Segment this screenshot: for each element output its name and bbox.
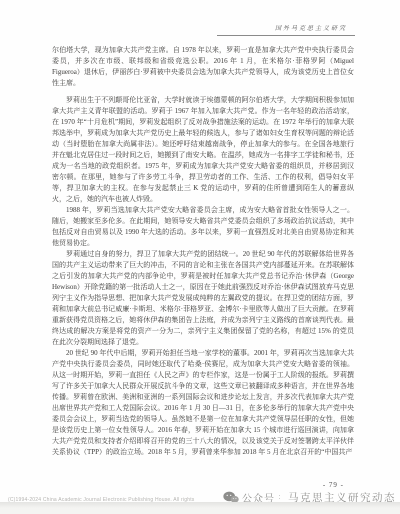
running-head: 国外马克思主义研究 [275,23,347,32]
paragraph: 1988 年，罗莉当选加拿大共产党安大略省委员会主席，成为安大略省首批女性领导人… [52,205,354,249]
paragraph: 罗莉通过自身的努力，捍卫了加拿大共产党的团结统一。20 世纪 90 年代的苏联解… [52,249,354,348]
journal-page: 国外马克思主义研究 尔伯塔大学，现为加拿大共产党主席。自 1978 年以来，罗莉… [0,0,400,508]
article-body: 尔伯塔大学，现为加拿大共产党主席。自 1978 年以来，罗莉一直是加拿大共产党中… [52,45,354,458]
scan-edge [0,502,400,508]
watermark-separator: ： [278,492,285,502]
header-rule [217,35,355,36]
paragraph: 20 世纪 90 年代中后期，罗莉开始担任当地一家学校的董事。2001 年，罗莉… [52,348,354,458]
paragraph: 罗莉出生于不列颠哥伦比亚省，大学时就读于埃德蒙顿的阿尔伯塔大学，大学期间积极参加… [52,95,354,205]
paragraph-continuation: 尔伯塔大学，现为加拿大共产党主席。自 1978 年以来，罗莉一直是加拿大共产党中… [52,45,354,89]
